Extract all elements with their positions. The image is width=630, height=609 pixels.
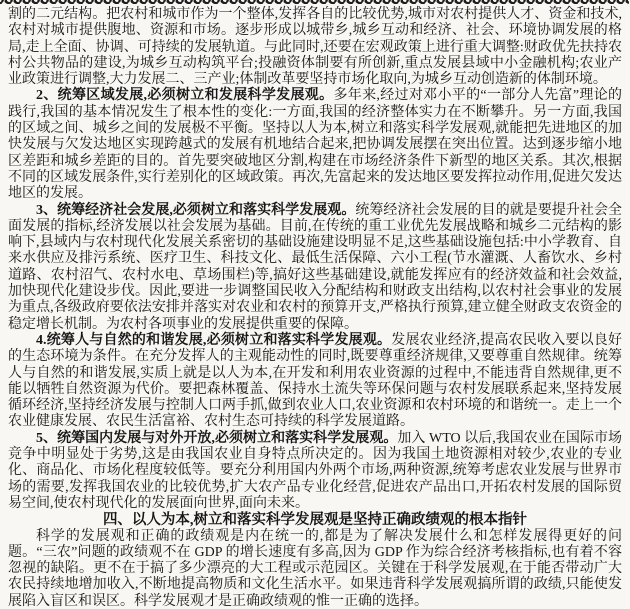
document-body: 割的二元结构。把农村和城市作为一个整体,发挥各自的比较优势,城市对农村提供人才、…: [0, 4, 630, 609]
section-heading: 四、以人为本,树立和落实科学发展观是坚持正确政绩观的根本指针: [8, 512, 622, 528]
paragraph-item-5: 5、统筹国内发展与对外开放,必须树立和落实科学发展观。加入 WTO 以后,我国农…: [8, 431, 622, 512]
paragraph-item-2-lead: 2、统筹区域发展,必须树立和发展科学发展观。: [36, 88, 333, 103]
paragraph-item-2: 2、统筹区域发展,必须树立和发展科学发展观。多年来,经过对邓小平的“一部分人先富…: [8, 88, 622, 202]
paragraph-item-4: 4.统筹人与自然的和谐发展,必须树立和落实科学发展观。发展农业经济,提高农民收入…: [8, 333, 622, 431]
paragraph-item-3: 3、统筹经济社会发展,必须树立和落实科学发展观。统筹经济社会发展的目的就是要提升…: [8, 203, 622, 333]
paragraph-item-5-lead: 5、统筹国内发展与对外开放,必须树立和落实科学发展观。: [36, 431, 397, 446]
scanned-document-page: §§§§§§§§§§§§§§§§§§§§§§§§§§§§§§§§§§§§§§§§…: [0, 0, 630, 609]
paragraph-closing: 科学的发展观和正确的政绩观是内在统一的,都是为了解决发展什么和怎样发展得更好的问…: [8, 529, 622, 609]
decorative-top-border: §§§§§§§§§§§§§§§§§§§§§§§§§§§§§§§§§§§§§§§§…: [0, 0, 630, 4]
paragraph-item-3-lead: 3、统筹经济社会发展,必须树立和落实科学发展观。: [36, 203, 355, 218]
paragraph-item-3-text: 统筹经济社会发展的目的就是要提升社会全面发展的指标,经济发展以社会发展为基础。目…: [8, 203, 622, 332]
paragraph-item-2-text: 多年来,经过对邓小平的“一部分人先富”理论的践行,我国的基本情况发生了根本性的变…: [8, 88, 622, 201]
paragraph-continuation: 割的二元结构。把农村和城市作为一个整体,发挥各自的比较优势,城市对农村提供人才、…: [8, 7, 622, 88]
paragraph-item-4-lead: 4.统筹人与自然的和谐发展,必须树立和落实科学发展观。: [36, 333, 391, 348]
